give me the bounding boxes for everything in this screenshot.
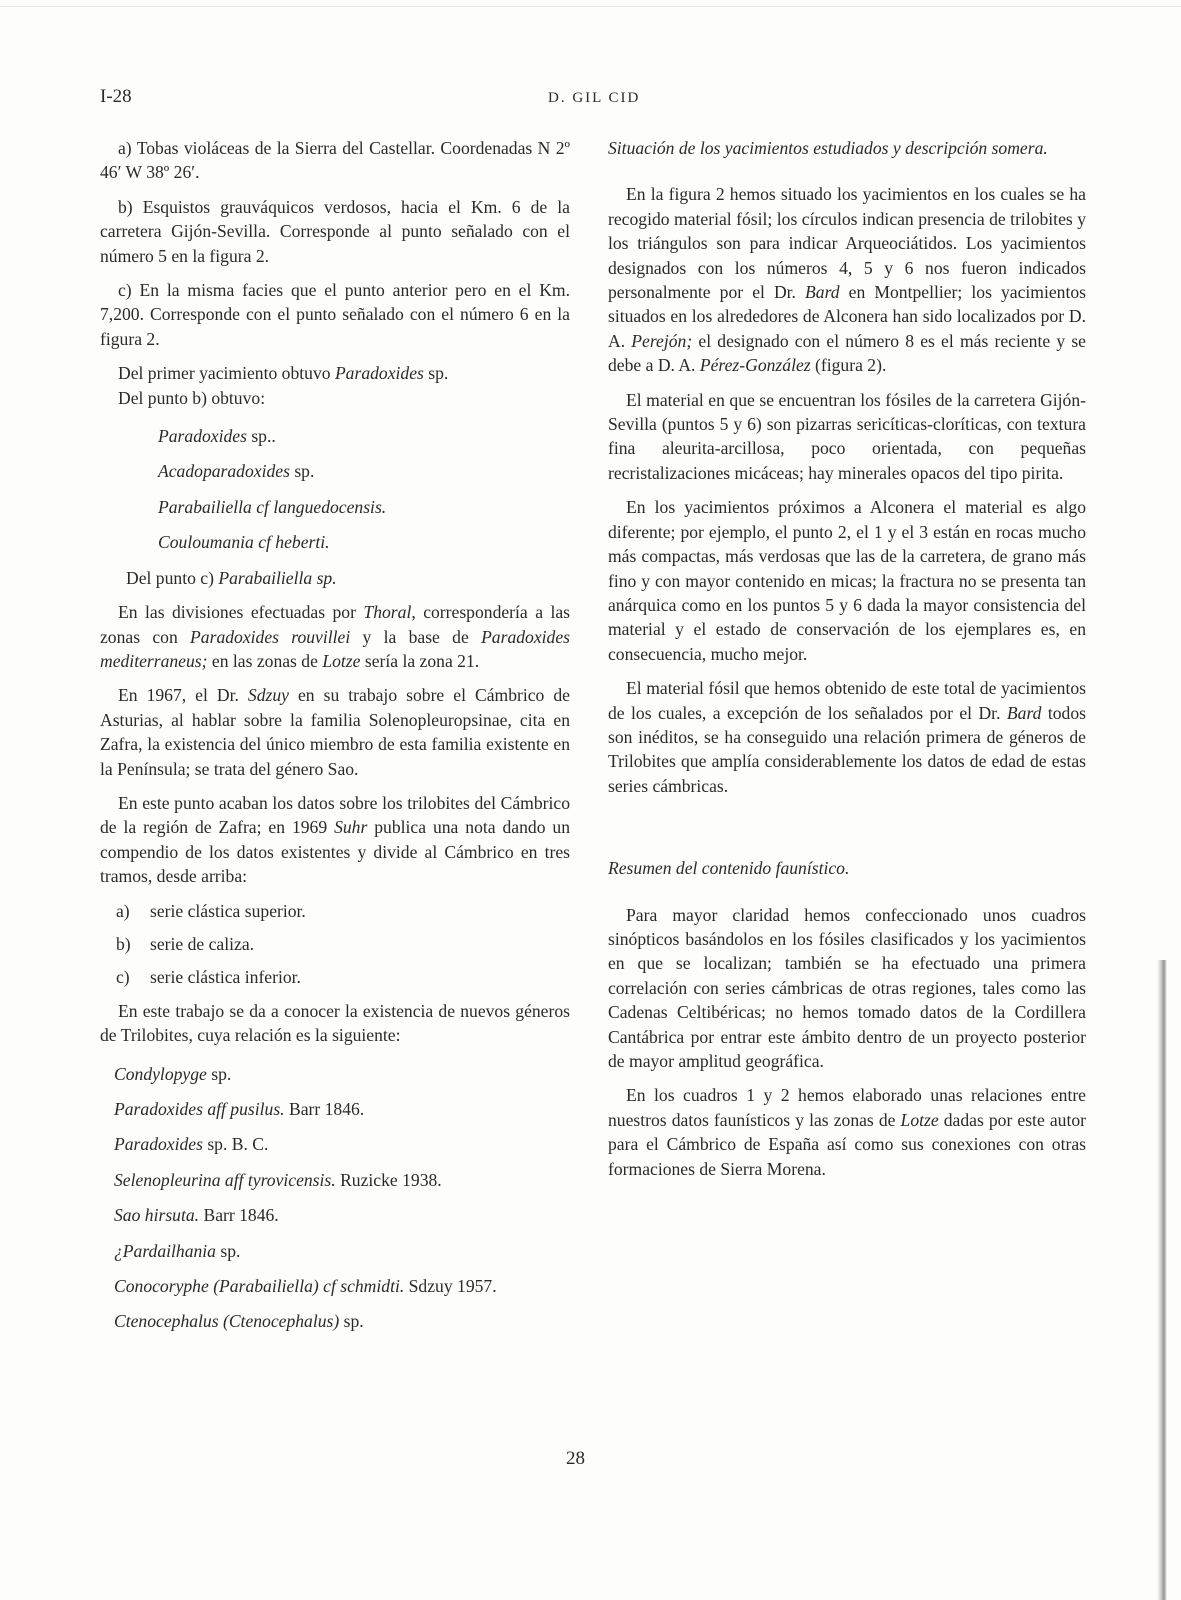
page-id: I-28 <box>100 86 132 108</box>
new-genus-item: Sao hirsuta. Barr 1846. <box>100 1203 570 1227</box>
clarity-paragraph: Para mayor claridad hemos confeccionado … <box>608 903 1086 1074</box>
thoral-paragraph: En las divisiones efectuadas por Thoral,… <box>100 600 570 673</box>
new-genus-item: Selenopleurina aff tyrovicensis. Ruzicke… <box>100 1168 570 1192</box>
suhr-paragraph: En este punto acaban los datos sobre los… <box>100 791 570 889</box>
site-c-description: c) En la misma facies que el punto anter… <box>100 278 570 351</box>
scan-top-border <box>0 6 1181 7</box>
new-genus-item: Conocoryphe (Parabailiella) cf schmidti.… <box>100 1274 570 1298</box>
figure2-paragraph: En la figura 2 hemos situado los yacimie… <box>608 182 1086 377</box>
sdzuy-paragraph: En 1967, el Dr. Sdzuy en su trabajo sobr… <box>100 683 570 781</box>
new-genera-intro: En este trabajo se da a conocer la exist… <box>100 999 570 1048</box>
site-a-description: a) Tobas violáceas de la Sierra del Cast… <box>100 136 570 185</box>
new-genus-item: Condylopyge sp. <box>100 1062 570 1086</box>
taxon: Paradoxides <box>335 363 424 383</box>
material-paragraph: El material en que se encuentran los fós… <box>608 388 1086 486</box>
species-item: Parabailiella cf languedocensis. <box>100 495 570 519</box>
new-genus-item: Paradoxides sp. B. C. <box>100 1132 570 1156</box>
new-genus-item: Ctenocephalus (Ctenocephalus) sp. <box>100 1309 570 1333</box>
point-b-intro: Del punto b) obtuvo: <box>100 386 570 410</box>
new-genus-item: ¿Pardailhania sp. <box>100 1239 570 1263</box>
section-title-faunal-summary: Resumen del contenido faunístico. <box>608 856 1086 880</box>
series-list-item: b)serie de caliza. <box>100 932 570 956</box>
first-site-result: Del primer yacimiento obtuvo Paradoxides… <box>100 361 570 385</box>
page-number: 28 <box>566 1448 585 1470</box>
species-item: Couloumania cf heberti. <box>100 530 570 554</box>
right-column: Situación de los yacimientos estudiados … <box>608 136 1086 1191</box>
running-header-author: D. GIL CID <box>548 90 640 107</box>
point-c-result: Del punto c) Parabailiella sp. <box>100 566 570 590</box>
document-page: I-28 D. GIL CID a) Tobas violáceas de la… <box>0 0 1181 1600</box>
left-column: a) Tobas violáceas de la Sierra del Cast… <box>100 136 570 1345</box>
new-genus-item: Paradoxides aff pusilus. Barr 1846. <box>100 1097 570 1121</box>
alconera-paragraph: En los yacimientos próximos a Alconera e… <box>608 495 1086 666</box>
fossil-material-paragraph: El material fósil que hemos obtenido de … <box>608 676 1086 798</box>
section-title-sites: Situación de los yacimientos estudiados … <box>608 136 1086 160</box>
scan-edge-shadow <box>1157 960 1167 1600</box>
series-list-item: c)serie clástica inferior. <box>100 965 570 989</box>
species-item: Paradoxides sp.. <box>100 424 570 448</box>
tables-paragraph: En los cuadros 1 y 2 hemos elaborado una… <box>608 1083 1086 1181</box>
species-item: Acadoparadoxides sp. <box>100 459 570 483</box>
series-list-item: a)serie clástica superior. <box>100 899 570 923</box>
site-b-description: b) Esquistos grauváquicos verdosos, haci… <box>100 195 570 268</box>
taxon: Parabailiella sp. <box>218 568 336 588</box>
section-spacer <box>608 808 1086 856</box>
